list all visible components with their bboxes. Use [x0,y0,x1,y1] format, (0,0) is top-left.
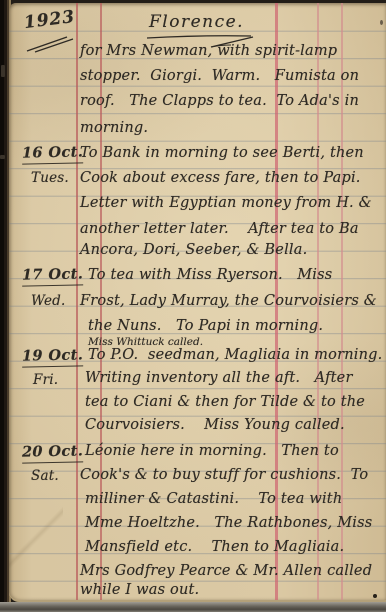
diary-line: Frost, Lady Murray, the Courvoisiers & [80,293,377,310]
diary-line: To Bank in morning to see Berti, then [80,145,364,162]
ink-speck [380,20,383,25]
entry-date: 16 Oct. [22,144,84,164]
entry-day: Sat. [31,469,59,485]
diary-line: another letter later. After tea to Ba [80,221,359,238]
diary-line: while I was out. [80,582,199,599]
page-title: Florence. [149,13,244,33]
year-flourish [23,31,79,53]
entry-day: Wed. [31,294,66,310]
diary-photo: 1923 Florence. for Mrs Newman, with spir… [0,0,386,612]
diary-line: Cook's & to buy stuff for cushions. To [80,467,368,484]
diary-line: roof. The Clapps to tea. To Ada's in [80,93,359,110]
entry-date: 19 Oct. [22,347,84,367]
scan-bottom-edge [0,602,386,612]
diary-page: 1923 Florence. for Mrs Newman, with spir… [9,3,386,602]
entry-day: Tues. [31,171,69,187]
facing-page-mark [0,155,5,159]
diary-line: Mansfield etc. Then to Magliaia. [85,539,344,556]
diary-line: Ancora, Dori, Seeber, & Bella. [80,242,307,259]
diary-line: Courvoisiers. Miss Young called. [85,417,345,434]
diary-line: Cook about excess fare, then to Papi. [80,170,361,187]
diary-line: Letter with Egyptian money from H. & [80,195,372,212]
handwriting-layer: 1923 Florence. for Mrs Newman, with spir… [9,3,386,600]
diary-line: Mrs Godfrey Pearce & Mr. Allen called [80,563,372,580]
ink-speck [373,594,377,598]
entry-date: 20 Oct. [22,443,84,463]
diary-line: tea to Ciani & then for Tilde & to the [85,394,365,411]
diary-line: Writing inventory all the aft. After [85,370,353,387]
diary-line: To P.O. seedman, Magliaia in morning. [88,347,382,364]
diary-line: stopper. Giorgi. Warm. Fumista on [80,68,359,85]
title-underline-flourish [147,33,263,49]
facing-page-mark [1,65,5,77]
page-year: 1923 [23,8,76,34]
diary-line: morning. [80,120,148,137]
diary-line: the Nuns. To Papi in morning. [88,318,323,335]
entry-day: Fri. [33,373,58,389]
diary-line: Léonie here in morning. Then to [85,443,339,460]
entry-date: 17 Oct. [22,266,84,286]
diary-line: To tea with Miss Ryerson. Miss [88,267,332,284]
diary-line: milliner & Catastini. To tea with [85,491,342,508]
diary-line: Mme Hoeltzhe. The Rathbones, Miss [85,515,372,532]
